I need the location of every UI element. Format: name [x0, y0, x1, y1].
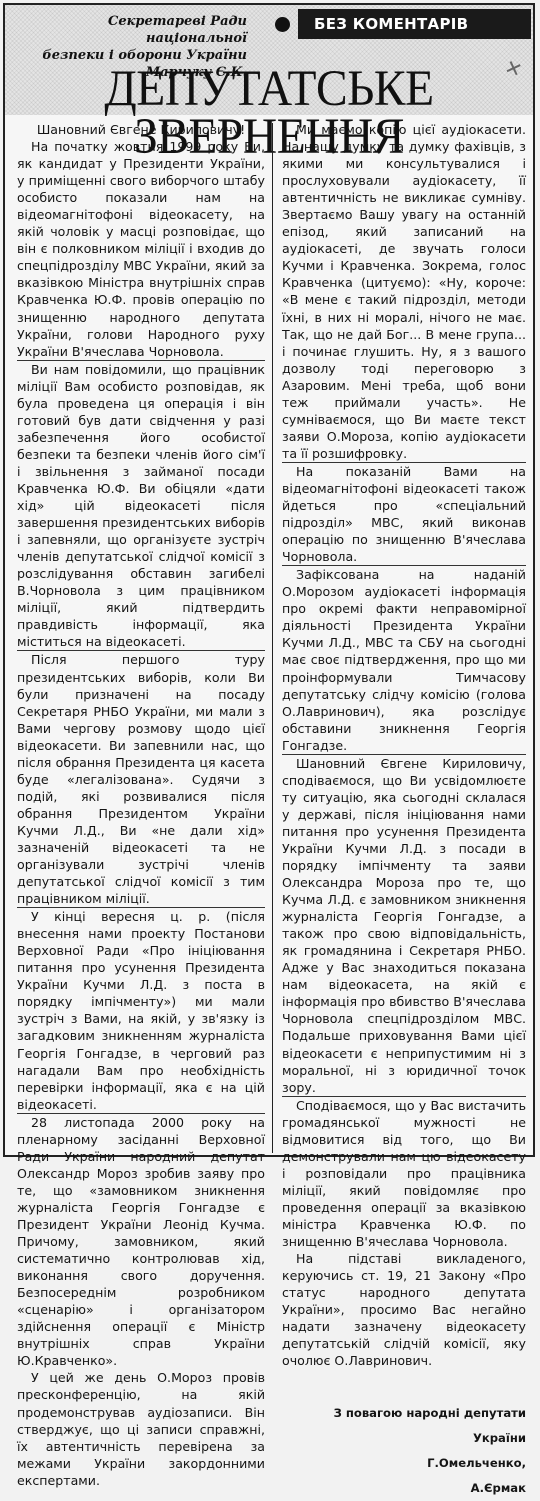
paragraph: Ми маємо копію цієї аудіокасети. На нашу… — [282, 121, 526, 462]
article-header: Секретареві Ради національної безпеки і … — [5, 5, 533, 115]
rubric-label: БЕЗ КОМЕНТАРІВ — [298, 9, 531, 39]
bullet-dot-icon — [275, 17, 290, 32]
greeting: Шановний Євгене Кириловичу! — [17, 121, 265, 138]
left-column: Шановний Євгене Кириловичу! На початку ж… — [17, 121, 265, 1160]
right-column: Ми маємо копію цієї аудіокасети. На нашу… — [282, 121, 526, 1160]
paragraph: Шановний Євгене Кириловичу, сподіваємося… — [282, 754, 526, 1097]
paragraph: Після першого туру президентських виборі… — [17, 651, 265, 907]
paragraph: Сподіваємося, що у Вас вистачить громадя… — [282, 1097, 526, 1160]
paragraph: На показаній Вами на відеомагнітофоні ві… — [282, 462, 526, 566]
paragraph: На початку жовтня 1999 року Ви, як канди… — [17, 138, 265, 360]
newspaper-page: Секретареві Ради національної безпеки і … — [3, 3, 535, 1157]
paragraph: 28 листопада 2000 року на пленарному зас… — [17, 1114, 265, 1160]
addressee-line: Секретареві Ради національної — [7, 13, 247, 47]
paragraph: У кінці вересня ц. р. (після внесення на… — [17, 907, 265, 1114]
column-divider — [272, 123, 273, 1153]
paragraph: Ви нам повідомили, що працівник міліції … — [17, 360, 265, 652]
paragraph: Зафіксована на наданій О.Морозом аудіока… — [282, 566, 526, 754]
